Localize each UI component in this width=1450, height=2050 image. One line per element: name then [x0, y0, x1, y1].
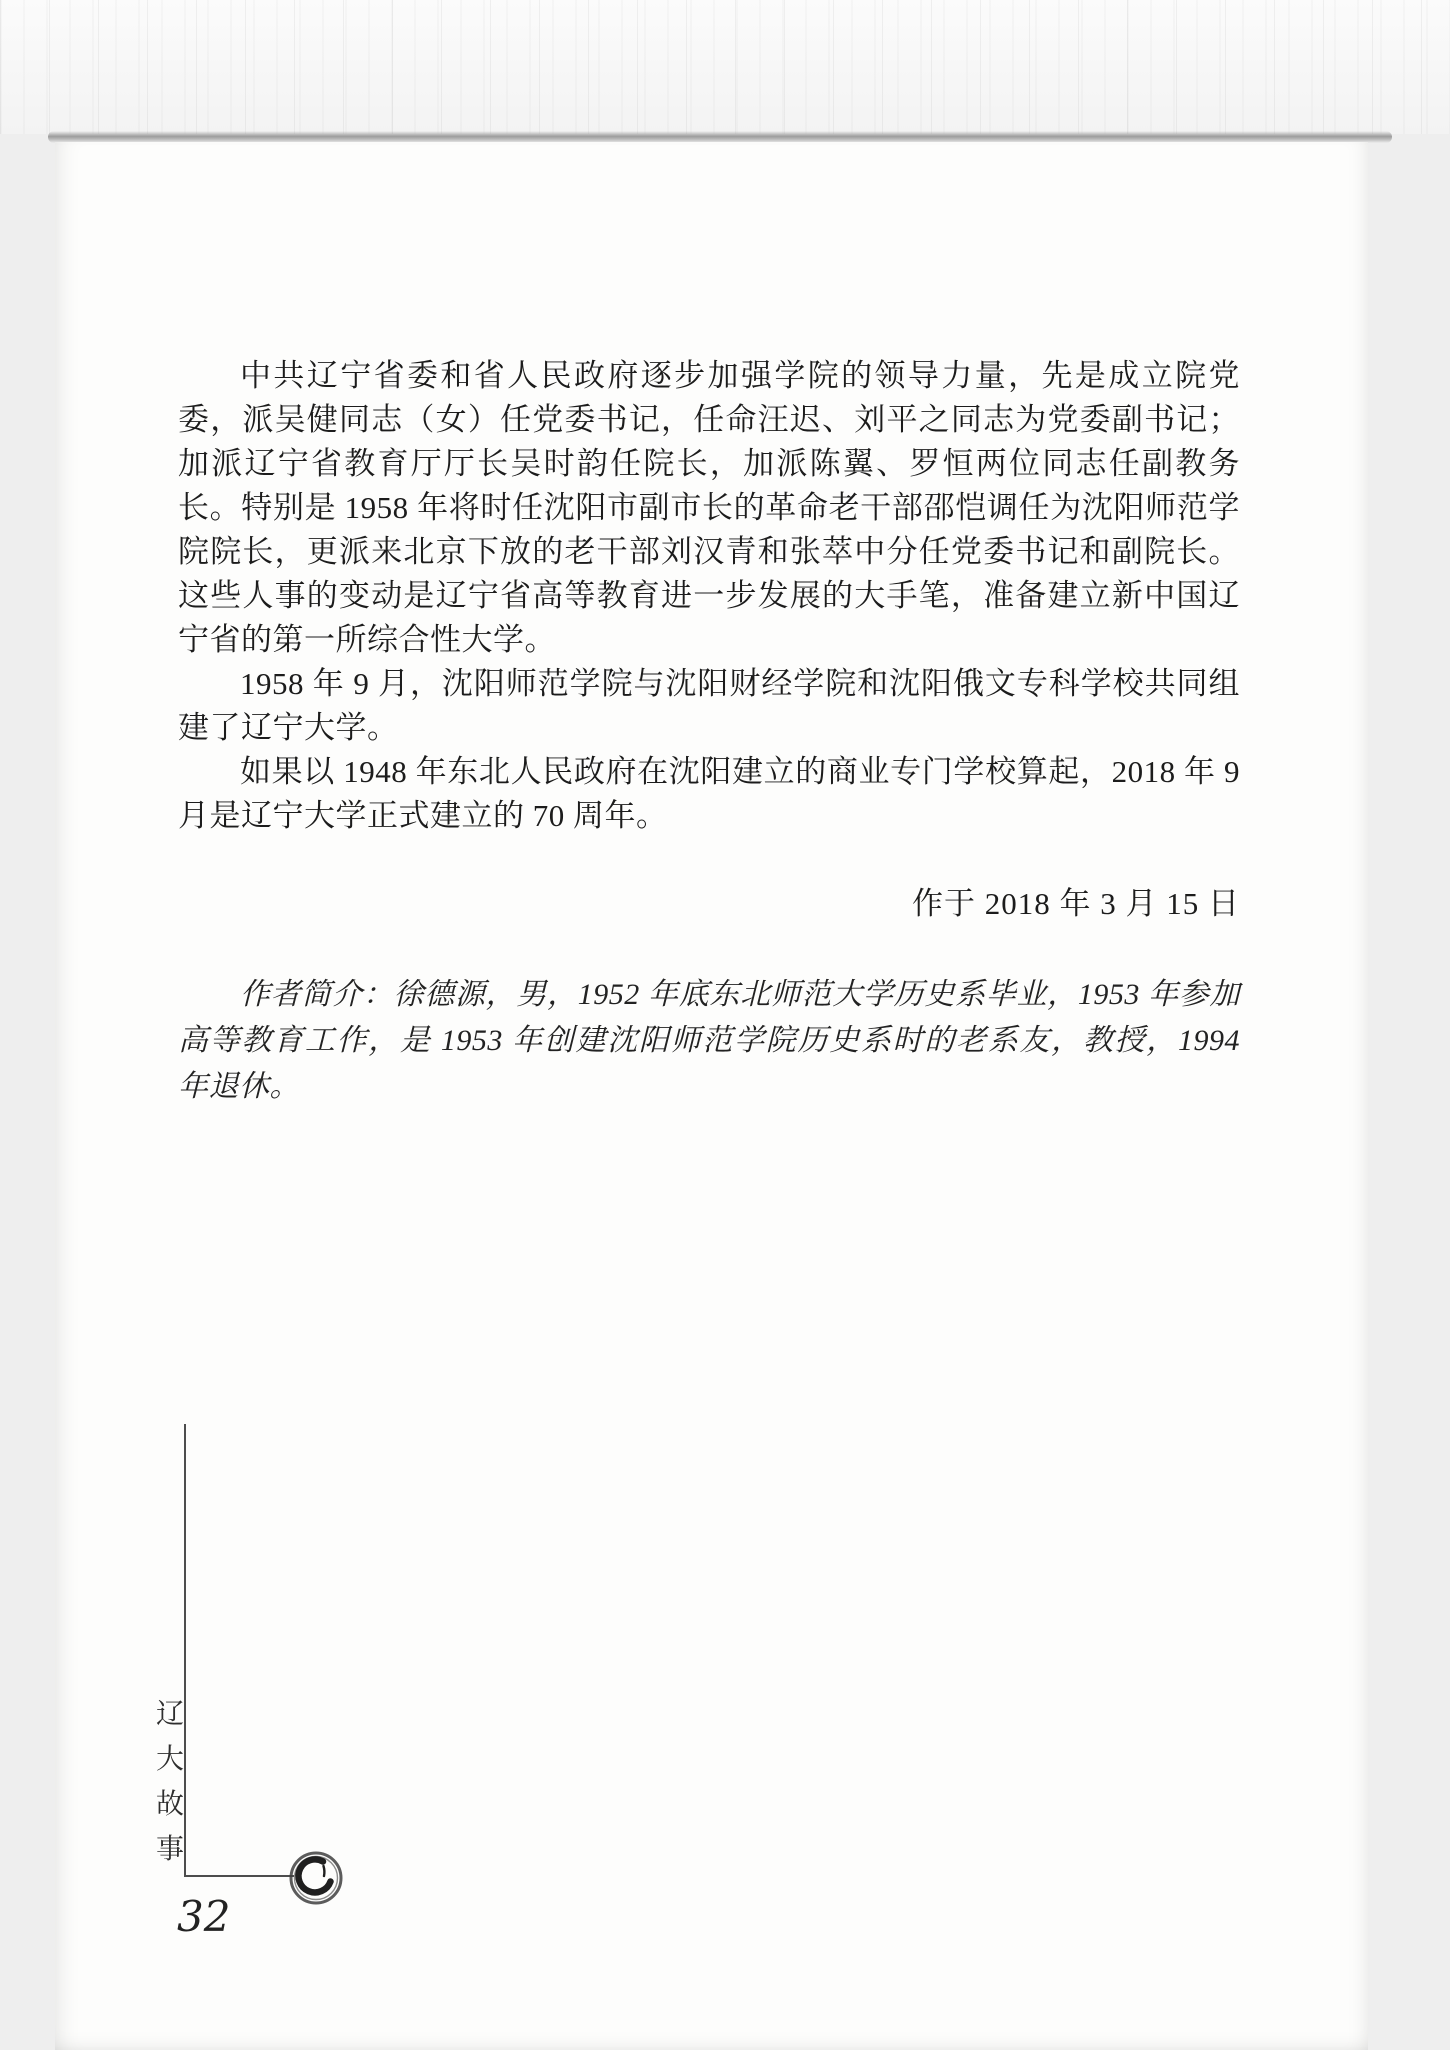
- margin-bracket-horizontal-line: [184, 1875, 294, 1877]
- series-char-2: 大: [156, 1745, 184, 1773]
- paragraph-anniversary: 如果以 1948 年东北人民政府在沈阳建立的商业专门学校算起，2018 年 9 …: [178, 750, 1240, 838]
- series-char-3: 故: [156, 1790, 184, 1818]
- main-text-column: 中共辽宁省委和省人民政府逐步加强学院的领导力量，先是成立院党委，派吴健同志（女）…: [178, 354, 1240, 1110]
- page-edge-texture: [0, 0, 1450, 134]
- paragraph-leadership: 中共辽宁省委和省人民政府逐步加强学院的领导力量，先是成立院党委，派吴健同志（女）…: [178, 354, 1240, 662]
- dateline: 作于 2018 年 3 月 15 日: [178, 882, 1240, 926]
- scanned-book-page: 中共辽宁省委和省人民政府逐步加强学院的领导力量，先是成立院党委，派吴健同志（女）…: [0, 0, 1450, 2050]
- series-char-1: 辽: [156, 1700, 184, 1728]
- author-bio: 作者简介：徐德源，男，1952 年底东北师范大学历史系毕业，1953 年参加高等…: [178, 972, 1240, 1110]
- series-char-4: 事: [156, 1835, 184, 1863]
- paragraph-founding: 1958 年 9 月，沈阳师范学院与沈阳财经学院和沈阳俄文专科学校共同组建了辽宁…: [178, 662, 1240, 750]
- paper-page: 中共辽宁省委和省人民政府逐步加强学院的领导力量，先是成立院党委，派吴健同志（女）…: [55, 142, 1368, 2050]
- page-number: 32: [177, 1894, 230, 1940]
- circle-crescent-stamp-icon: [288, 1850, 344, 1906]
- series-title-vertical: 辽 大 故 事: [153, 1700, 187, 1863]
